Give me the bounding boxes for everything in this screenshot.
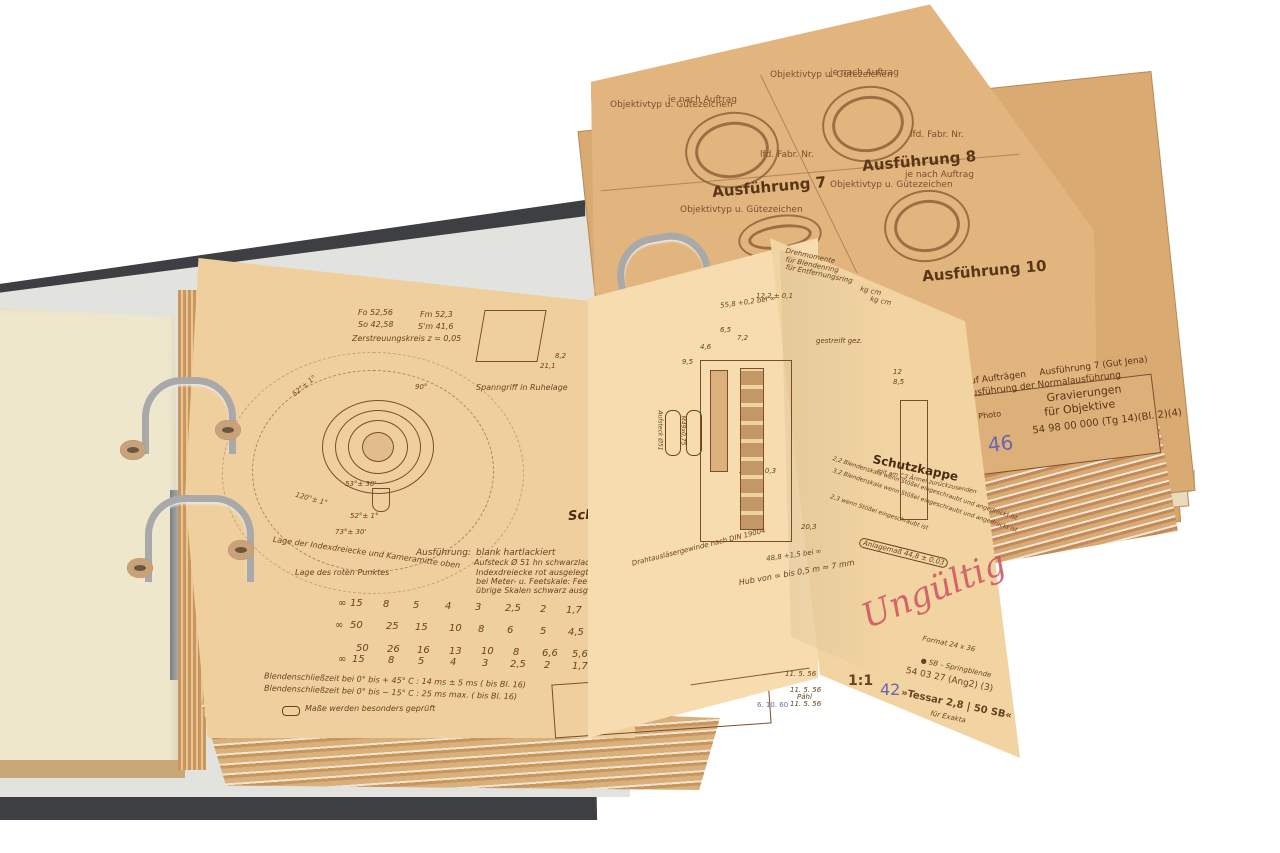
drawing-annotation: S'm 41,6	[418, 322, 453, 331]
drawing-annotation: 3	[482, 658, 488, 669]
callout-text: Objektivtyp u. Gütezeichen	[830, 180, 953, 190]
drawing-annotation: 5	[413, 600, 419, 611]
drawing-annotation: 6,5	[720, 326, 731, 334]
ring-washer	[215, 420, 241, 440]
drawing-annotation: 6,6	[542, 648, 558, 659]
ring-washer	[120, 440, 146, 460]
drawing-annotation: Aufsteck Ø 51 hn schwarzlackiert	[474, 558, 608, 567]
drawing-annotation: 2,5	[510, 659, 526, 670]
drawing-annotation: 11. 5. 56	[790, 700, 821, 708]
drawing-annotation: 4	[450, 657, 456, 668]
drawing-annotation: 8,5	[893, 378, 904, 386]
stamp-number: 42	[880, 680, 900, 699]
serial-label: lfd. Fabr. Nr.	[910, 130, 964, 140]
drawing-annotation: 12,2 ± 0,1	[756, 292, 793, 300]
drawing-annotation: 2	[540, 604, 546, 615]
drawing-annotation: Ausführung:	[416, 548, 471, 558]
drawing-annotation: Aufsteck Ø51	[657, 410, 664, 450]
drawing-annotation: 3	[475, 602, 481, 613]
drawing-annotation: 5,6	[572, 649, 588, 660]
drawing-annotation: 2,5	[505, 603, 521, 614]
drawing-annotation: Fm 52,3	[420, 310, 453, 319]
drawing-annotation: 2	[544, 660, 550, 671]
drawing-annotation: 26	[387, 644, 400, 655]
page-edge	[0, 760, 185, 778]
drawing-annotation: 8,2	[555, 352, 566, 360]
drawing-annotation: 7,2	[737, 334, 748, 342]
drawing-annotation: 4	[445, 601, 451, 612]
drawing-annotation: 8	[513, 647, 519, 658]
drawing-annotation: Spanngriff in Ruhelage	[476, 383, 568, 392]
drawing-annotation: Fo 52,56	[358, 308, 393, 317]
company-label: Photo	[978, 409, 1002, 421]
drawing-annotation: 13	[449, 646, 462, 657]
drawing-annotation: 4,5	[568, 627, 584, 638]
drawing-annotation: 4,6	[700, 343, 711, 351]
drawing-annotation: 5	[418, 656, 424, 667]
drawing-annotation: ∞	[335, 620, 343, 631]
drawing-annotation: So 42,58	[358, 320, 393, 329]
drawing-annotation: ∞	[338, 598, 346, 609]
drawing-annotation: Indexdreiecke rot ausgelegt	[476, 568, 588, 577]
drawing-annotation: gestreift gez.	[816, 337, 862, 345]
photo-scene: Objektivtyp u. Gütezeichen je nach Auftr…	[0, 0, 1280, 853]
drawing-annotation: 50	[350, 620, 363, 631]
drawing-annotation: 1,7	[572, 661, 588, 672]
serial-label: lfd. Fabr. Nr.	[760, 150, 814, 160]
drawing-annotation: 8	[388, 655, 394, 666]
binder-ring	[142, 377, 236, 454]
drawing-annotation: 15	[350, 598, 363, 609]
drawing-annotation: M49x0,75	[679, 416, 686, 446]
drawing-annotation: blank hartlackiert	[476, 548, 555, 558]
drawing-annotation: 8	[383, 599, 389, 610]
drawing-annotation: 5	[540, 626, 546, 637]
drawing-annotation: ∞	[338, 654, 346, 665]
drawing-annotation: 9,5	[682, 358, 693, 366]
drawing-annotation: 20,3	[801, 523, 817, 531]
stamp-number: 46	[986, 430, 1014, 457]
ring-washer	[228, 540, 254, 560]
callout-text: je nach Auftrag	[830, 68, 899, 78]
date-stamp: 6. 10. 60	[757, 701, 788, 709]
callout-text: je nach Auftrag	[668, 95, 737, 105]
ring-washer	[127, 558, 153, 578]
drawing-annotation: 16	[417, 645, 430, 656]
drawing-annotation: Pähl	[797, 693, 812, 701]
footer-note: Maße werden besonders geprüft	[305, 704, 435, 713]
drawing-annotation: 25	[386, 621, 399, 632]
drawing-annotation: Lage des roten Punktes	[295, 568, 389, 577]
callout-text: je nach Auftrag	[905, 170, 974, 180]
drawing-annotation: 8	[478, 624, 484, 635]
drawing-annotation: 50	[356, 643, 369, 654]
drawing-annotation: 10	[481, 646, 494, 657]
callout-text: Objektivtyp u. Gütezeichen	[680, 205, 803, 215]
drawing-annotation: 15	[352, 654, 365, 665]
binder-ring	[145, 495, 254, 582]
drawing-annotation: 1,7	[566, 605, 582, 616]
drawing-annotation: 21,1	[540, 362, 556, 370]
drawing-annotation: 11. 5. 56	[785, 670, 816, 678]
drawing-annotation: 10	[449, 623, 462, 634]
drawing-annotation: 6	[507, 625, 513, 636]
drawing-annotation: 12	[893, 368, 902, 376]
drawing-annotation: Zerstreuungskreis z = 0,05	[352, 334, 461, 343]
drawing-annotation: 15	[415, 622, 428, 633]
drawing-scale: 1:1	[848, 673, 873, 689]
